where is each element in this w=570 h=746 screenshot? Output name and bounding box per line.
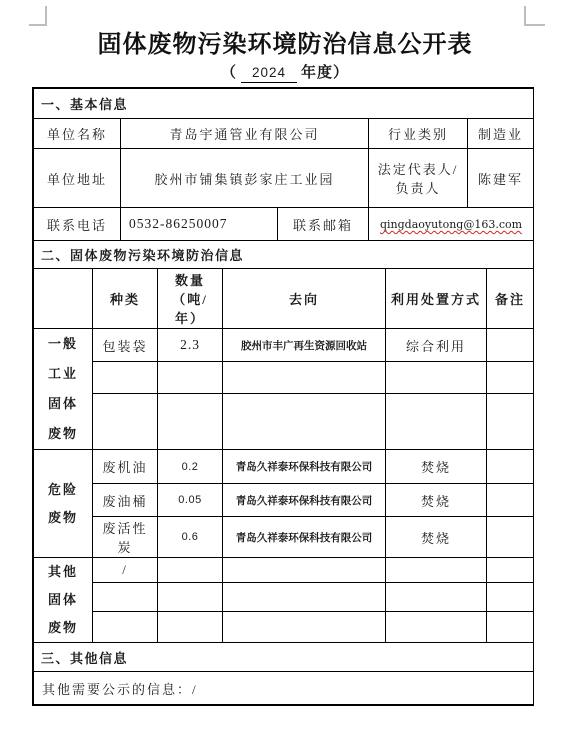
margin-crop-mark-right bbox=[524, 6, 545, 26]
year-underline: 2024 bbox=[241, 65, 297, 83]
empty-cell bbox=[223, 558, 386, 583]
year-value: 2024 bbox=[252, 65, 286, 80]
empty-cell bbox=[487, 362, 534, 394]
destination-cell: 胶州市丰广再生资源回收站 bbox=[223, 329, 386, 362]
section1-header: 一、基本信息 bbox=[34, 89, 534, 119]
destination-cell: 青岛久祥泰环保科技有限公司 bbox=[223, 517, 386, 558]
email-value-cell: qingdaoyutong@163.com bbox=[369, 208, 534, 241]
legal-rep-label: 法定代表人/负责人 bbox=[369, 149, 468, 208]
industry-value: 制造业 bbox=[468, 119, 534, 149]
empty-cell bbox=[158, 583, 223, 612]
empty-cell bbox=[158, 394, 223, 450]
col-header-destination: 去向 bbox=[223, 269, 386, 329]
email-label: 联系邮箱 bbox=[278, 208, 369, 241]
empty-cell bbox=[386, 583, 487, 612]
legal-rep-value: 陈建军 bbox=[468, 149, 534, 208]
email-value: qingdaoyutong@163.com bbox=[380, 218, 522, 231]
page-title: 固体废物污染环境防治信息公开表 bbox=[0, 24, 570, 59]
empty-cell bbox=[386, 558, 487, 583]
unit-name-value: 青岛宇通管业有限公司 bbox=[121, 119, 369, 149]
empty-cell bbox=[223, 583, 386, 612]
phone-value: 0532-86250007 bbox=[121, 208, 278, 241]
waste-info-table: 二、固体废物污染环境防治信息 种类 数量（吨/年） 去向 利用处置方式 备注 一… bbox=[33, 240, 534, 643]
col-header-quantity: 数量（吨/年） bbox=[158, 269, 223, 329]
waste-type-cell: 包装袋 bbox=[93, 329, 158, 362]
quantity-cell: 0.6 bbox=[158, 517, 223, 558]
empty-cell bbox=[487, 558, 534, 583]
other-info-text: 其他需要公示的信息：/ bbox=[34, 672, 534, 705]
empty-cell bbox=[223, 394, 386, 450]
category-hazardous: 危险废物 bbox=[34, 450, 93, 558]
empty-cell bbox=[386, 612, 487, 643]
section3-header: 三、其他信息 bbox=[34, 643, 534, 672]
empty-cell bbox=[93, 394, 158, 450]
subtitle-open: （ bbox=[221, 65, 237, 81]
empty-cell bbox=[487, 612, 534, 643]
empty-cell bbox=[158, 362, 223, 394]
category-general-industrial: 一般工业固体废物 bbox=[34, 329, 93, 450]
corner-cell bbox=[34, 269, 93, 329]
empty-cell bbox=[158, 558, 223, 583]
col-header-remark: 备注 bbox=[487, 269, 534, 329]
empty-cell bbox=[386, 394, 487, 450]
margin-crop-mark-left bbox=[29, 6, 47, 26]
waste-type-cell: 废油桶 bbox=[93, 484, 158, 517]
disposal-method-cell: 综合利用 bbox=[386, 329, 487, 362]
col-header-disposal: 利用处置方式 bbox=[386, 269, 487, 329]
page-subtitle: （2024年度） bbox=[0, 61, 570, 82]
empty-cell bbox=[223, 612, 386, 643]
basic-info-table: 一、基本信息 单位名称 青岛宇通管业有限公司 行业类别 制造业 单位地址 胶州市… bbox=[33, 88, 534, 241]
waste-type-cell: / bbox=[93, 558, 158, 583]
remark-cell bbox=[487, 450, 534, 484]
category-other: 其他固体废物 bbox=[34, 558, 93, 643]
section2-header: 二、固体废物污染环境防治信息 bbox=[34, 241, 534, 269]
waste-type-cell: 废机油 bbox=[93, 450, 158, 484]
empty-cell bbox=[93, 362, 158, 394]
remark-cell bbox=[487, 517, 534, 558]
quantity-cell: 0.05 bbox=[158, 484, 223, 517]
empty-cell bbox=[487, 394, 534, 450]
empty-cell bbox=[487, 583, 534, 612]
waste-type-cell: 废活性炭 bbox=[93, 517, 158, 558]
remark-cell bbox=[487, 484, 534, 517]
destination-cell: 青岛久祥泰环保科技有限公司 bbox=[223, 450, 386, 484]
document-page: 固体废物污染环境防治信息公开表 （2024年度） 一、基本信息 单位名称 青岛宇… bbox=[0, 0, 570, 746]
address-label: 单位地址 bbox=[34, 149, 121, 208]
quantity-cell: 0.2 bbox=[158, 450, 223, 484]
destination-cell: 青岛久祥泰环保科技有限公司 bbox=[223, 484, 386, 517]
quantity-cell: 2.3 bbox=[158, 329, 223, 362]
empty-cell bbox=[158, 612, 223, 643]
empty-cell bbox=[93, 612, 158, 643]
phone-label: 联系电话 bbox=[34, 208, 121, 241]
address-value: 胶州市铺集镇彭家庄工业园 bbox=[121, 149, 369, 208]
empty-cell bbox=[93, 583, 158, 612]
disposal-method-cell: 焚烧 bbox=[386, 517, 487, 558]
col-header-type: 种类 bbox=[93, 269, 158, 329]
other-info-table: 三、其他信息 其他需要公示的信息：/ bbox=[33, 642, 534, 705]
remark-cell bbox=[487, 329, 534, 362]
empty-cell bbox=[386, 362, 487, 394]
disposal-method-cell: 焚烧 bbox=[386, 484, 487, 517]
empty-cell bbox=[223, 362, 386, 394]
disposal-method-cell: 焚烧 bbox=[386, 450, 487, 484]
industry-label: 行业类别 bbox=[369, 119, 468, 149]
disclosure-form: 一、基本信息 单位名称 青岛宇通管业有限公司 行业类别 制造业 单位地址 胶州市… bbox=[33, 88, 533, 705]
unit-name-label: 单位名称 bbox=[34, 119, 121, 149]
subtitle-close: 年度） bbox=[301, 65, 349, 81]
